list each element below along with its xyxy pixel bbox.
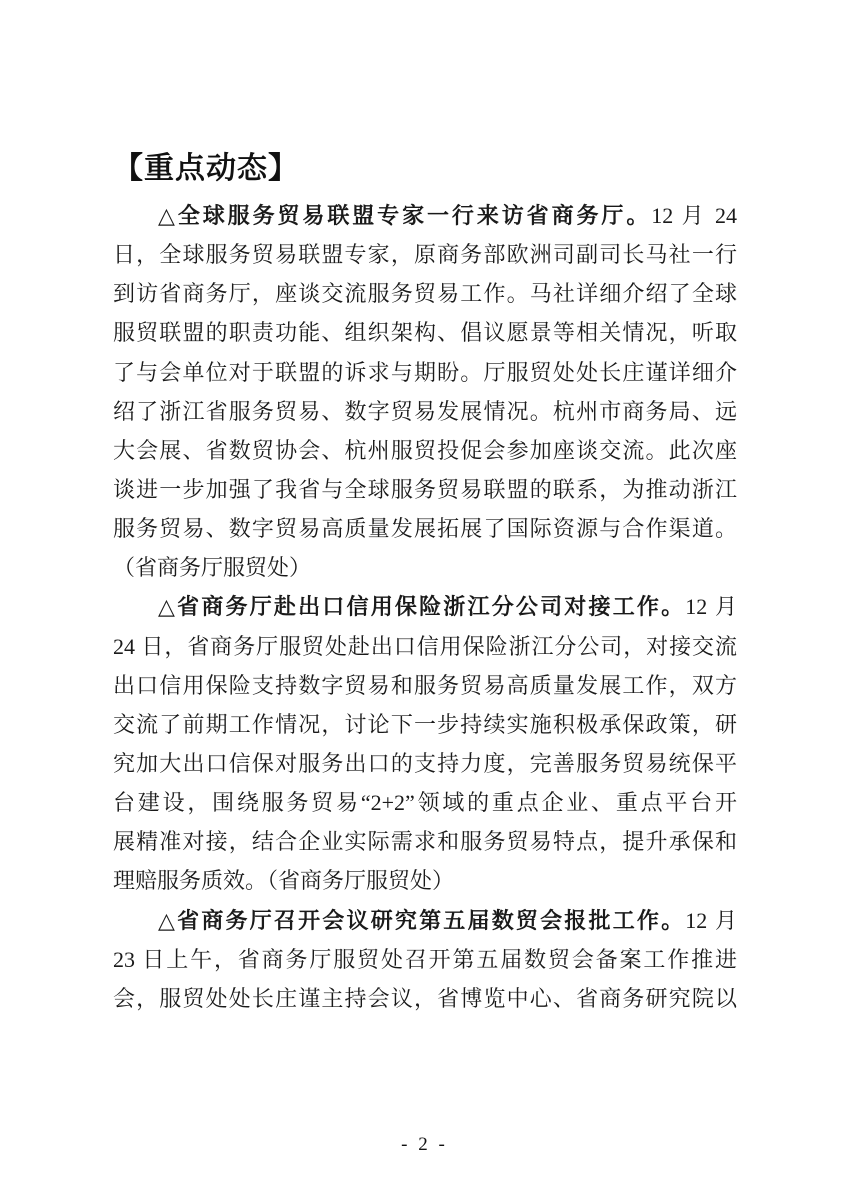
text-line: 到访省商务厅，座谈交流服务贸易工作。马社详细介绍了全球 [113,274,737,313]
text-line: 大会展、省数贸协会、杭州服贸投促会参加座谈交流。此次座 [113,431,737,470]
text-line: 谈进一步加强了我省与全球服务贸易联盟的联系，为推动浙江 [113,470,737,509]
text-line: 了与会单位对于联盟的诉求与期盼。厅服贸处处长庄谨详细介 [113,353,737,392]
text-segment: 了与会单位对于联盟的诉求与期盼。厅服贸处处长庄谨详细介 [113,360,737,385]
page-number: - 2 - [0,1134,849,1156]
text-segment: 大会展、省数贸协会、杭州服贸投促会参加座谈交流。此次座 [113,438,737,463]
text-segment: （省商务厅服贸处） [113,555,311,580]
text-segment: 展精准对接，结合企业实际需求和服务贸易特点，提升承保和 [113,829,737,854]
text-line: 台建设，围绕服务贸易“2+2”领域的重点企业、重点平台开 [113,783,737,822]
text-line: 理赔服务质效。（省商务厅服贸处） [113,861,737,900]
text-segment: 到访省商务厅，座谈交流服务贸易工作。马社详细介绍了全球 [113,281,737,306]
section-heading: 【重点动态】 [113,152,299,186]
paragraph-title-segment: △省商务厅赴出口信用保险浙江分公司对接工作。 [158,594,685,619]
text-line: （省商务厅服贸处） [113,548,737,587]
text-line: 服贸联盟的职责功能、组织架构、倡议愿景等相关情况，听取 [113,313,737,352]
text-segment: 服贸联盟的职责功能、组织架构、倡议愿景等相关情况，听取 [113,320,737,345]
text-segment: 理赔服务质效。（省商务厅服贸处） [113,868,454,893]
text-line: 交流了前期工作情况，讨论下一步持续实施积极承保政策，研 [113,705,737,744]
text-segment: 12 月 [685,908,737,933]
text-line: 日，全球服务贸易联盟专家，原商务部欧洲司副司长马社一行 [113,235,737,274]
text-line: 23 日上午，省商务厅服贸处召开第五届数贸会备案工作推进 [113,940,737,979]
text-line: △省商务厅赴出口信用保险浙江分公司对接工作。12 月 [113,587,737,626]
paragraph-title-segment: △全球服务贸易联盟专家一行来访省商务厅。 [158,203,651,228]
document-page: 【重点动态】 △全球服务贸易联盟专家一行来访省商务厅。12 月 24日，全球服务… [0,0,849,1200]
text-segment: 谈进一步加强了我省与全球服务贸易联盟的联系，为推动浙江 [113,477,737,502]
document-body: △全球服务贸易联盟专家一行来访省商务厅。12 月 24日，全球服务贸易联盟专家，… [113,196,737,1018]
text-segment: 12 月 [685,594,737,619]
text-segment: 会，服贸处处长庄谨主持会议，省博览中心、省商务研究院以 [113,986,737,1011]
text-line: 服务贸易、数字贸易高质量发展拓展了国际资源与合作渠道。 [113,509,737,548]
text-segment: 交流了前期工作情况，讨论下一步持续实施积极承保政策，研 [113,712,737,737]
text-segment: 24 日，省商务厅服贸处赴出口信用保险浙江分公司，对接交流 [113,634,737,659]
text-segment: 12 月 24 [651,203,737,228]
text-line: 24 日，省商务厅服贸处赴出口信用保险浙江分公司，对接交流 [113,627,737,666]
text-line: △省商务厅召开会议研究第五届数贸会报批工作。12 月 [113,901,737,940]
text-line: 究加大出口信保对服务出口的支持力度，完善服务贸易统保平 [113,744,737,783]
text-line: 展精准对接，结合企业实际需求和服务贸易特点，提升承保和 [113,822,737,861]
text-segment: 服务贸易、数字贸易高质量发展拓展了国际资源与合作渠道。 [113,516,737,541]
text-segment: 台建设，围绕服务贸易“2+2”领域的重点企业、重点平台开 [113,790,737,815]
paragraph-title-segment: △省商务厅召开会议研究第五届数贸会报批工作。 [158,908,685,933]
text-line: 绍了浙江省服务贸易、数字贸易发展情况。杭州市商务局、远 [113,392,737,431]
text-segment: 究加大出口信保对服务出口的支持力度，完善服务贸易统保平 [113,751,737,776]
text-segment: 23 日上午，省商务厅服贸处召开第五届数贸会备案工作推进 [113,947,737,972]
text-segment: 绍了浙江省服务贸易、数字贸易发展情况。杭州市商务局、远 [113,399,737,424]
text-line: 会，服贸处处长庄谨主持会议，省博览中心、省商务研究院以 [113,979,737,1018]
text-segment: 出口信用保险支持数字贸易和服务贸易高质量发展工作，双方 [113,673,737,698]
text-line: △全球服务贸易联盟专家一行来访省商务厅。12 月 24 [113,196,737,235]
text-line: 出口信用保险支持数字贸易和服务贸易高质量发展工作，双方 [113,666,737,705]
text-segment: 日，全球服务贸易联盟专家，原商务部欧洲司副司长马社一行 [113,242,737,267]
